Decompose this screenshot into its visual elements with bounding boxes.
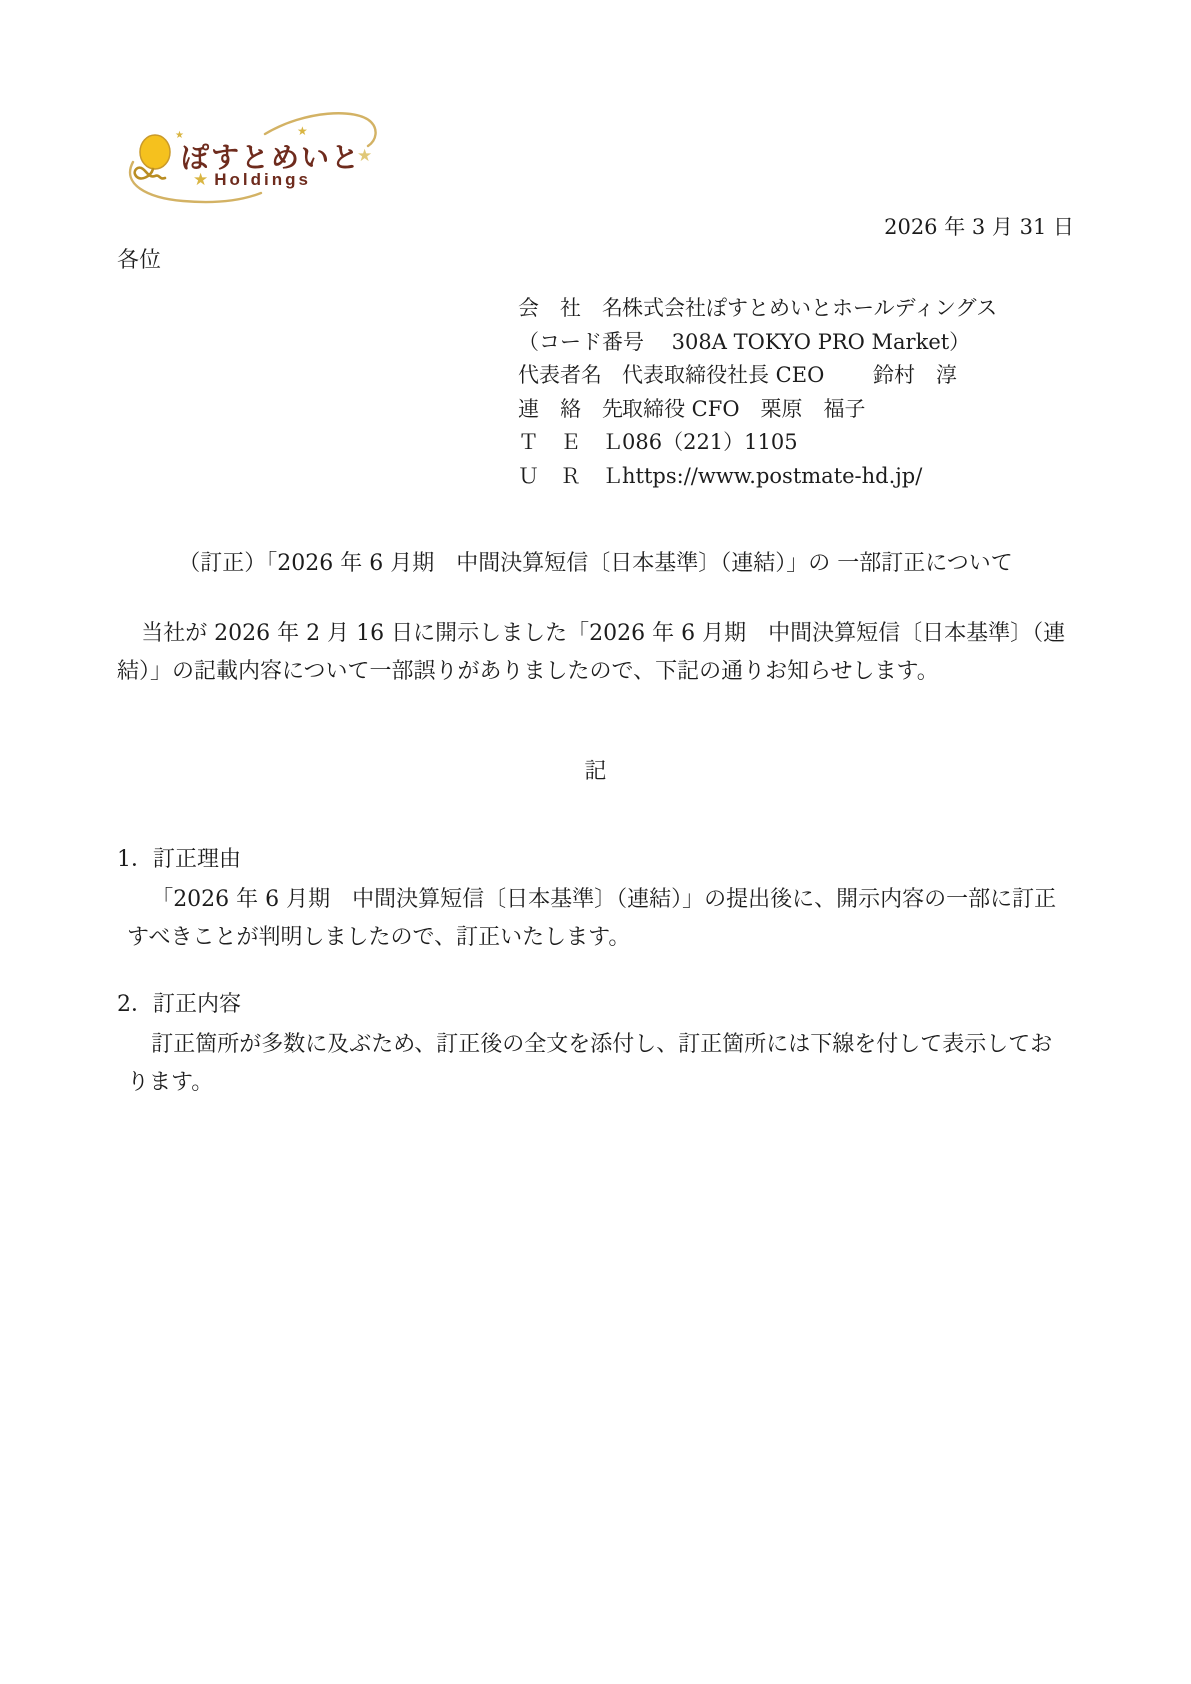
company-info-block: 会 社 名 株式会社ぽすとめいとホールディングス （コード番号 308A TOK… (518, 292, 1074, 493)
representative-row: 代表者名 代表取締役社長 CEO 鈴村 淳 (518, 359, 1074, 393)
contact-label: 連 絡 先 (518, 393, 622, 427)
company-logo: ★ ぽすとめいと ★ ★ ★Holdings (125, 112, 385, 204)
code-number-row: （コード番号 308A TOKYO PRO Market） (518, 326, 1074, 360)
tel-value: 086（221）1105 (622, 426, 798, 460)
representative-value: 代表取締役社長 CEO 鈴村 淳 (622, 359, 957, 393)
section-correction-reason: 1．訂正理由 「2026 年 6 月期 中間決算短信〔日本基準〕（連結）」の提出… (117, 845, 1074, 957)
document-title: （訂正）「2026 年 6 月期 中間決算短信〔日本基準〕（連結）」の 一部訂正… (117, 549, 1074, 579)
holdings-label: Holdings (214, 170, 311, 189)
document-page: ★ ぽすとめいと ★ ★ ★Holdings 2026 年 3 月 31 日 各… (0, 0, 1191, 1684)
code-number-value: （コード番号 308A TOKYO PRO Market） (518, 326, 970, 360)
tel-row: Ｔ Ｅ Ｌ 086（221）1105 (518, 426, 1074, 460)
representative-label: 代表者名 (518, 359, 622, 393)
company-name-row: 会 社 名 株式会社ぽすとめいとホールディングス (518, 292, 1074, 326)
document-date: 2026 年 3 月 31 日 (117, 214, 1074, 240)
sparkle-star-icon: ★ (357, 146, 372, 166)
contact-row: 連 絡 先 取締役 CFO 栗原 福子 (518, 393, 1074, 427)
contact-value: 取締役 CFO 栗原 福子 (622, 393, 866, 427)
section2-body: 訂正箇所が多数に及ぶため、訂正後の全文を添付し、訂正箇所には下線を付して表示して… (127, 1026, 1074, 1102)
section2-heading: 2．訂正内容 (117, 990, 1074, 1020)
section1-heading: 1．訂正理由 (117, 845, 1074, 875)
logo-holdings-text: ★Holdings (193, 170, 311, 190)
section-correction-content: 2．訂正内容 訂正箇所が多数に及ぶため、訂正後の全文を添付し、訂正箇所には下線を… (117, 990, 1074, 1102)
star-icon: ★ (193, 170, 208, 189)
section1-body: 「2026 年 6 月期 中間決算短信〔日本基準〕（連結）」の提出後に、開示内容… (127, 881, 1074, 957)
sparkle-star-icon: ★ (297, 124, 308, 138)
url-row: Ｕ Ｒ Ｌ https://www.postmate-hd.jp/ (518, 460, 1074, 494)
company-name-value: 株式会社ぽすとめいとホールディングス (622, 292, 997, 326)
company-name-label: 会 社 名 (518, 292, 622, 326)
ki-marker: 記 (117, 757, 1074, 787)
tel-label: Ｔ Ｅ Ｌ (518, 426, 622, 460)
addressee: 各位 (117, 246, 1074, 276)
url-value: https://www.postmate-hd.jp/ (622, 460, 922, 494)
url-label: Ｕ Ｒ Ｌ (518, 460, 622, 494)
intro-paragraph: 当社が 2026 年 2 月 16 日に開示しました「2026 年 6 月期 中… (117, 615, 1074, 691)
